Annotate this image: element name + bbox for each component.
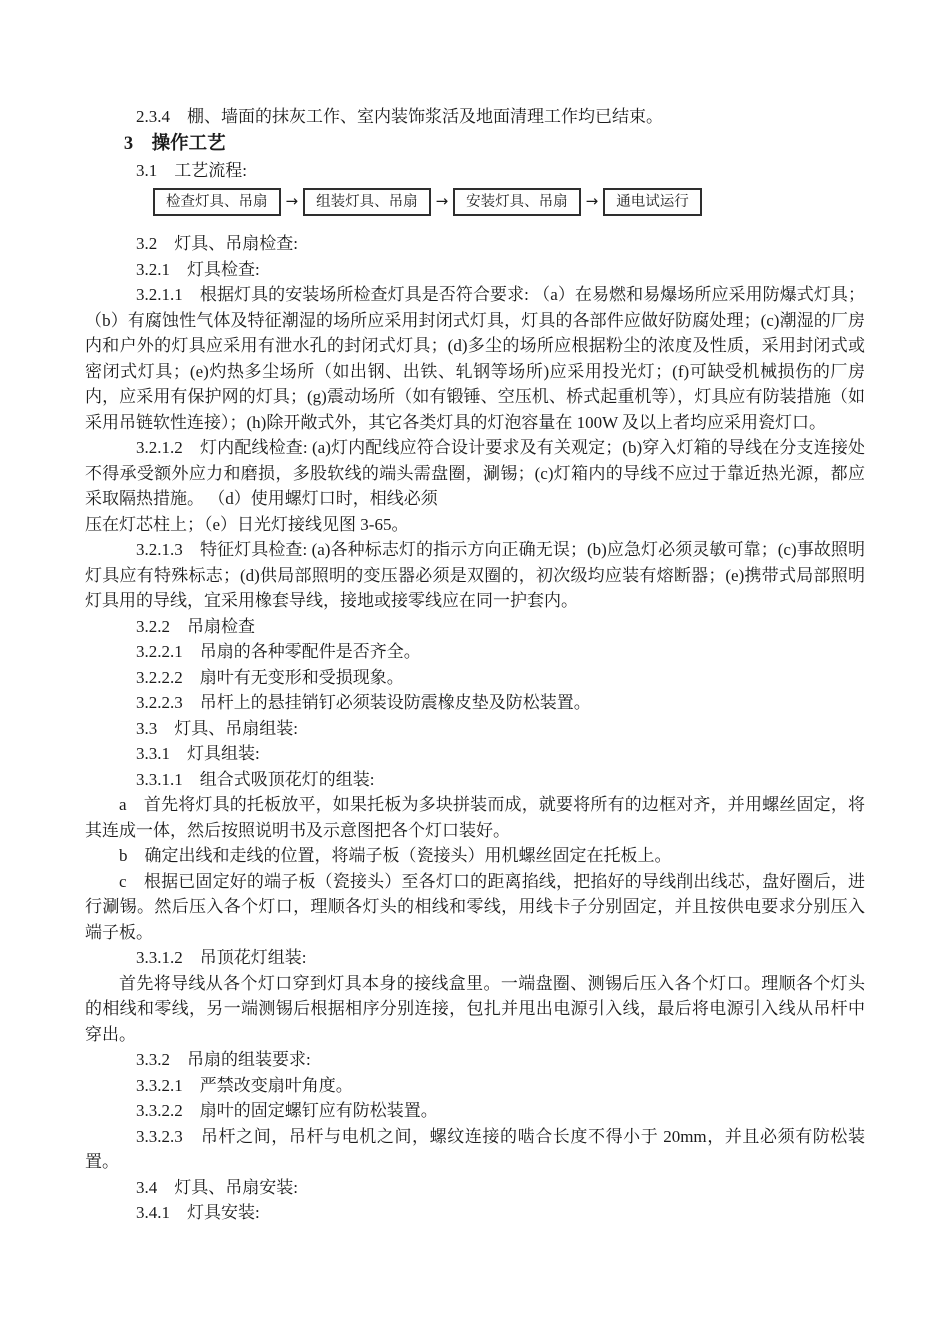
para-3-2-1: 3.2.1 灯具检查: [85, 257, 865, 283]
para-3-2-2-1: 3.2.2.1 吊扇的各种零配件是否齐全。 [85, 639, 865, 665]
flow-step-install-fixtures: 安装灯具、吊扇 [453, 188, 581, 216]
para-3-2-1-1: 3.2.1.1 根据灯具的安装场所检查灯具是否符合要求: （a）在易燃和易爆场所… [85, 282, 865, 435]
para-3-2-2-2: 3.2.2.2 扇叶有无变形和受损现象。 [85, 665, 865, 691]
para-3-3: 3.3 灯具、吊扇组装: [85, 716, 865, 742]
para-3-2-1-2-continuation: 压在灯芯柱上；（e）日光灯接线见图 3-65。 [85, 512, 865, 538]
arrow-right-icon: → [586, 189, 599, 215]
para-item-c: c 根据已固定好的端子板（瓷接头）至各灯口的距离掐线，把掐好的导线削出线芯，盘好… [85, 869, 865, 946]
para-3-1-process-flow-label: 3.1 工艺流程: [85, 158, 865, 184]
arrow-right-icon: → [286, 189, 299, 215]
para-3-3-2: 3.3.2 吊扇的组装要求: [85, 1047, 865, 1073]
flow-step-assemble-fixtures: 组装灯具、吊扇 [303, 188, 431, 216]
flow-step-power-on-test: 通电试运行 [603, 188, 702, 216]
para-3-3-1-2-body: 首先将导线从各个灯口穿到灯具本身的接线盒里。一端盘圈、测锡后压入各个灯口。理顺各… [85, 971, 865, 1048]
para-3-3-2-1: 3.3.2.1 严禁改变扇叶角度。 [85, 1073, 865, 1099]
para-3-3-2-2: 3.3.2.2 扇叶的固定螺钉应有防松装置。 [85, 1098, 865, 1124]
para-3-2: 3.2 灯具、吊扇检查: [85, 231, 865, 257]
document-page: 2.3.4 棚、墙面的抹灰工作、室内装饰浆活及地面清理工作均已结束。 3 操作工… [0, 0, 950, 1226]
arrow-right-icon: → [436, 189, 449, 215]
heading-3-operation-process: 3 操作工艺 [85, 130, 865, 158]
para-3-2-1-2: 3.2.1.2 灯内配线检查: (a)灯内配线应符合设计要求及有关观定；(b)穿… [85, 435, 865, 512]
para-3-2-1-3: 3.2.1.3 特征灯具检查: (a)各种标志灯的指示方向正确无误；(b)应急灯… [85, 537, 865, 614]
process-flowchart: 检查灯具、吊扇 → 组装灯具、吊扇 → 安装灯具、吊扇 → 通电试运行 [153, 188, 865, 216]
para-3-3-1-2: 3.3.1.2 吊顶花灯组装: [85, 945, 865, 971]
para-item-a: a 首先将灯具的托板放平，如果托板为多块拼装而成，就要将所有的边框对齐，并用螺丝… [85, 792, 865, 843]
para-3-4: 3.4 灯具、吊扇安装: [85, 1175, 865, 1201]
para-3-3-1-1: 3.3.1.1 组合式吸顶花灯的组装: [85, 767, 865, 793]
para-3-3-2-3: 3.3.2.3 吊杆之间，吊杆与电机之间，螺纹连接的啮合长度不得小于 20mm，… [85, 1124, 865, 1175]
para-3-3-1: 3.3.1 灯具组装: [85, 741, 865, 767]
para-2-3-4: 2.3.4 棚、墙面的抹灰工作、室内装饰浆活及地面清理工作均已结束。 [85, 104, 865, 130]
para-3-4-1: 3.4.1 灯具安装: [85, 1200, 865, 1226]
para-3-2-2-3: 3.2.2.3 吊杆上的悬挂销钉必须装设防震橡皮垫及防松装置。 [85, 690, 865, 716]
para-item-b: b 确定出线和走线的位置，将端子板（瓷接头）用机螺丝固定在托板上。 [85, 843, 865, 869]
flow-step-check-fixtures: 检查灯具、吊扇 [153, 188, 281, 216]
para-3-2-2: 3.2.2 吊扇检查 [85, 614, 865, 640]
